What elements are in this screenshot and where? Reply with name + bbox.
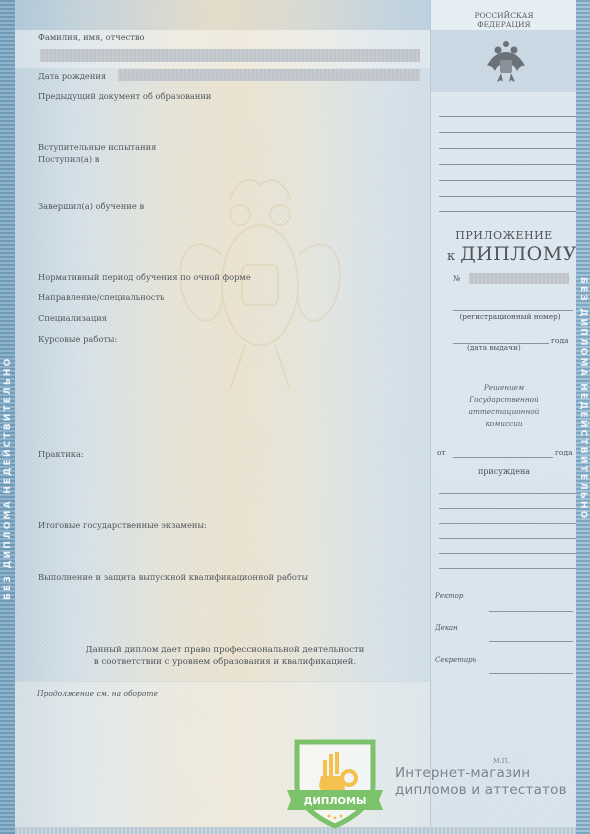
number-sign: № [453,274,461,283]
full-name-field[interactable] [40,49,420,62]
enrolled-label: Поступил(а) в [38,154,99,164]
coat-of-arms-icon [483,38,529,84]
diploma-number-field[interactable] [469,273,569,284]
birth-date-label: Дата рождения [38,71,106,81]
commission-decision: Решением Государственной аттестационной … [431,382,577,430]
completed-label: Завершил(а) обучение в [38,201,144,211]
normative-period-label: Нормативный период обучения по очной фор… [38,272,251,282]
reg-number-caption: (регистрационный номер) [443,312,577,321]
thesis-label: Выполнение и защита выпускной квалификац… [38,572,308,582]
top-band [15,0,430,30]
shop-watermark-text: Интернет-магазин дипломов и аттестатов [395,765,567,799]
diplomy-shop-logo-icon: ДИПЛОМЫ [287,738,383,830]
rector-label: Ректор [435,592,463,600]
rights-statement: Данный диплом дает право профессионально… [30,644,420,668]
eagle-watermark-icon [160,160,360,410]
coursework-label: Курсовые работы: [38,334,117,344]
title-line2: к ДИПЛОМУ [447,243,577,265]
practice-label: Практика: [38,449,84,459]
country-name: РОССИЙСКАЯ ФЕДЕРАЦИЯ [431,11,577,29]
birth-date-field[interactable] [118,69,420,81]
entrance-tests-label: Вступительные испытания [38,142,156,152]
dean-label: Декан [435,624,458,632]
full-name-label: Фамилия, имя, отчество [38,32,145,42]
year-word: года [551,336,569,345]
right-panel: РОССИЙСКАЯ ФЕДЕРАЦИЯ ПРИЛОЖЕНИЕ к ДИПЛОМ… [430,0,576,834]
direction-label: Направление/специальность [38,292,165,302]
year-word-2: года [555,448,573,457]
state-exams-label: Итоговые государственные экзамены: [38,520,207,530]
issue-date-caption: (дата выдачи) [467,343,521,352]
secretary-label: Секретарь [435,656,476,664]
specialization-label: Специализация [38,313,107,323]
awarded-label: присуждена [431,467,577,476]
continued-note: Продолжение см. на обороте [37,689,158,698]
diploma-supplement-page: БЕЗ ДИПЛОМА НЕДЕЙСТВИТЕЛЬНО Фамилия, имя… [0,0,590,834]
from-word: от [437,448,446,457]
svg-text:ДИПЛОМЫ: ДИПЛОМЫ [304,796,367,807]
side-watermark-right: БЕЗ ДИПЛОМА НЕДЕЙСТВИТЕЛЬНО [578,277,588,521]
side-watermark-left: БЕЗ ДИПЛОМА НЕДЕЙСТВИТЕЛЬНО [3,356,13,600]
previous-document-label: Предыдущий документ об образовании [38,91,211,101]
title-line1: ПРИЛОЖЕНИЕ [431,229,577,242]
seal-placeholder: М.П. [493,757,509,765]
